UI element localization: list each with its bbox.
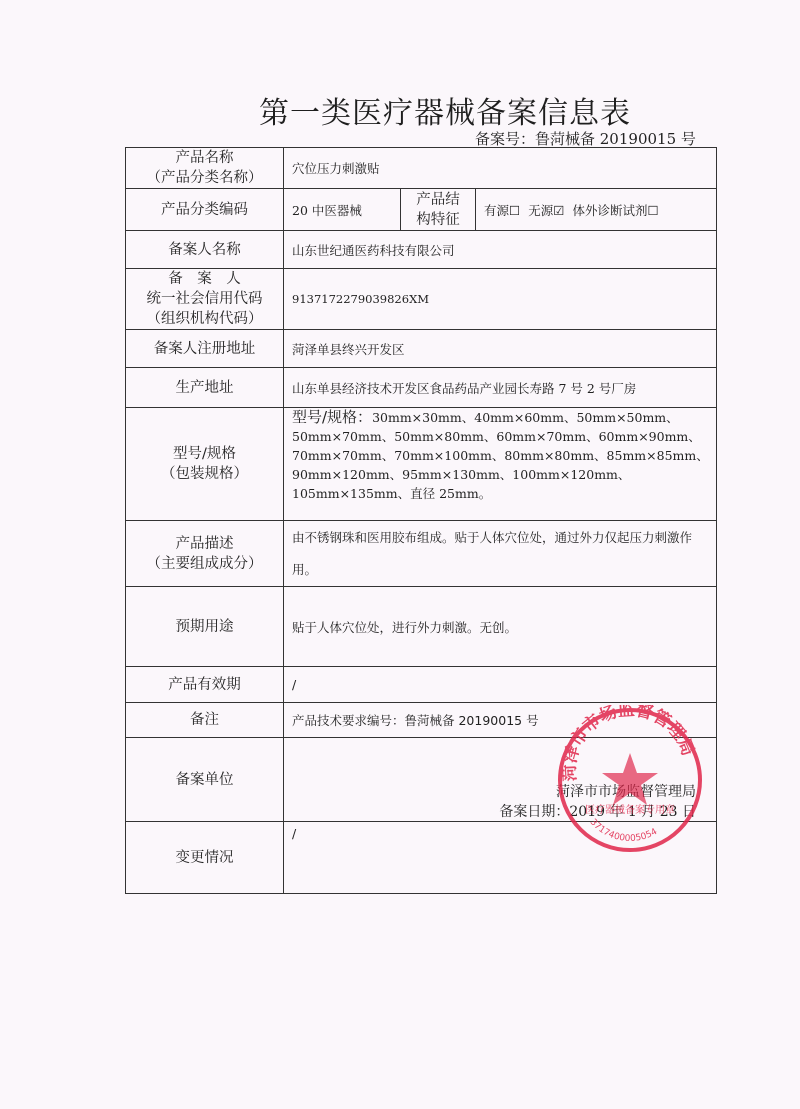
credit-code-value: 913717227903982​6XM — [284, 269, 717, 330]
row-remarks: 备注 产品技术要求编号：鲁菏械备 20190015 号 — [126, 703, 717, 738]
classification-code-value: 20 中医器械 — [284, 189, 401, 231]
filing-unit-value: 菏泽市市场监督管理局 备案日期：2019 年 1 月 23 日 — [284, 738, 717, 822]
row-filing-unit: 备案单位 菏泽市市场监督管理局 备案日期：2019 年 1 月 23 日 — [126, 738, 717, 822]
label-line: （组织机构代码） — [126, 309, 283, 329]
structure-feature-label: 产品结 构特征 — [401, 189, 476, 231]
label-line: （包装规格） — [126, 464, 283, 484]
label-line: （产品分类名称） — [126, 168, 283, 188]
checkbox-unchecked-icon: ☐ — [647, 203, 658, 218]
description-value: 由不锈钢珠和医用胶布组成。贴于人体穴位处，通过外力仅起压力刺激作用。 — [284, 521, 717, 587]
label-line: 产品名称 — [126, 148, 283, 168]
description-label: 产品描述 （主要组成成分） — [126, 521, 284, 587]
filer-name-value: 山东世纪通医药科技有限公司 — [284, 231, 717, 269]
changes-label: 变更情况 — [126, 822, 284, 894]
row-registered-address: 备案人注册地址 菏泽单县终兴开发区 — [126, 330, 717, 368]
label-line: 统一社会信用代码 — [126, 289, 283, 309]
production-address-value: 山东单县经济技术开发区食品药品产业园长寿路 7 号 2 号厂房 — [284, 368, 717, 408]
production-address-label: 生产地址 — [126, 368, 284, 408]
option-label: 无源 — [528, 203, 553, 218]
product-name-label: 产品名称 （产品分类名称） — [126, 148, 284, 189]
option-label: 有源 — [484, 203, 509, 218]
checkbox-checked-icon: ☑ — [553, 203, 564, 218]
filer-name-label: 备案人名称 — [126, 231, 284, 269]
validity-label: 产品有效期 — [126, 667, 284, 703]
row-product-name: 产品名称 （产品分类名称） 穴位压力刺激贴 — [126, 148, 717, 189]
row-credit-code: 备 案 人 统一社会信用代码 （组织机构代码） 913717227903982​… — [126, 269, 717, 330]
row-model-spec: 型号/规格 （包装规格） 型号/规格：30mm×30mm、40mm×60mm、5… — [126, 408, 717, 521]
label-line: 产品结 — [401, 190, 475, 210]
validity-value: / — [284, 667, 717, 703]
label-line: （主要组成成分） — [126, 554, 283, 574]
filing-date: 备案日期：2019 年 1 月 23 日 — [499, 802, 696, 822]
filing-agency-name: 菏泽市市场监督管理局 — [499, 782, 696, 802]
row-description: 产品描述 （主要组成成分） 由不锈钢珠和医用胶布组成。贴于人体穴位处，通过外力仅… — [126, 521, 717, 587]
remarks-label: 备注 — [126, 703, 284, 738]
label-line: 产品描述 — [126, 534, 283, 554]
intended-use-label: 预期用途 — [126, 587, 284, 667]
row-validity: 产品有效期 / — [126, 667, 717, 703]
row-filer-name: 备案人名称 山东世纪通医药科技有限公司 — [126, 231, 717, 269]
label-line: 备 案 人 — [126, 269, 283, 289]
model-spec-label: 型号/规格 （包装规格） — [126, 408, 284, 521]
registered-address-value: 菏泽单县终兴开发区 — [284, 330, 717, 368]
classification-code-label: 产品分类编码 — [126, 189, 284, 231]
option-ivd[interactable]: 体外诊断试剂☐ — [572, 203, 658, 218]
filing-unit-label: 备案单位 — [126, 738, 284, 822]
registered-address-label: 备案人注册地址 — [126, 330, 284, 368]
credit-code-label: 备 案 人 统一社会信用代码 （组织机构代码） — [126, 269, 284, 330]
document-title: 第一类医疗器械备案信息表 — [0, 88, 800, 132]
changes-value: / — [284, 822, 717, 894]
structure-feature-options: 有源☐ 无源☑ 体外诊断试剂☐ — [476, 189, 717, 231]
option-active[interactable]: 有源☐ — [484, 203, 520, 218]
record-number: 备案号：鲁菏械备 20190015 号 — [475, 128, 696, 149]
filing-info-table: 产品名称 （产品分类名称） 穴位压力刺激贴 产品分类编码 20 中医器械 产品结… — [125, 147, 717, 894]
row-changes: 变更情况 / — [126, 822, 717, 894]
intended-use-value: 贴于人体穴位处，进行外力刺激。无创。 — [284, 587, 717, 667]
label-line: 型号/规格 — [126, 444, 283, 464]
row-intended-use: 预期用途 贴于人体穴位处，进行外力刺激。无创。 — [126, 587, 717, 667]
checkbox-unchecked-icon: ☐ — [509, 203, 520, 218]
spec-heading: 型号/规格： — [292, 408, 372, 426]
row-production-address: 生产地址 山东单县经济技术开发区食品药品产业园长寿路 7 号 2 号厂房 — [126, 368, 717, 408]
filing-agency-block: 菏泽市市场监督管理局 备案日期：2019 年 1 月 23 日 — [499, 782, 696, 822]
row-classification: 产品分类编码 20 中医器械 产品结 构特征 有源☐ 无源☑ 体外诊断试剂☐ — [126, 189, 717, 231]
model-spec-value: 型号/规格：30mm×30mm、40mm×60mm、50mm×50mm、50mm… — [284, 408, 717, 521]
product-name-value: 穴位压力刺激贴 — [284, 148, 717, 189]
option-passive[interactable]: 无源☑ — [528, 203, 564, 218]
option-label: 体外诊断试剂 — [572, 203, 647, 218]
remarks-value: 产品技术要求编号：鲁菏械备 20190015 号 — [284, 703, 717, 738]
label-line: 构特征 — [401, 210, 475, 230]
